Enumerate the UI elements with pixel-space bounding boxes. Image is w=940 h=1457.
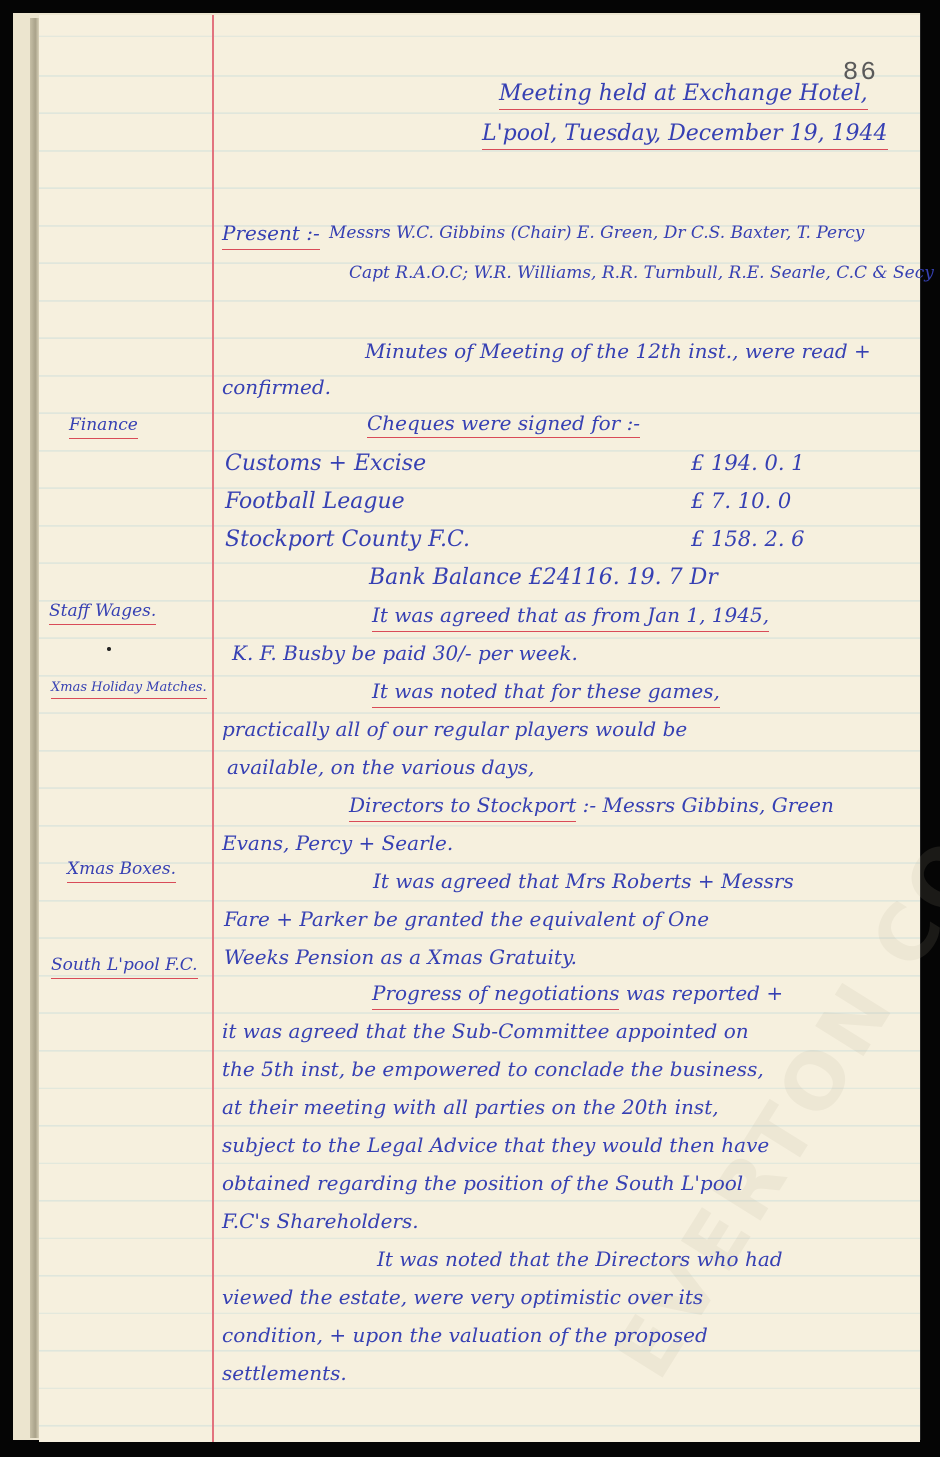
south-lpool-line-6: obtained regarding the position of the S… <box>222 1173 743 1193</box>
cheque-payee-2: Football League <box>225 491 405 513</box>
bank-balance: Bank Balance £24116. 19. 7 Dr <box>369 567 718 589</box>
south-lpool-line-5: subject to the Legal Advice that they wo… <box>222 1135 769 1155</box>
margin-note-xmas-boxes: Xmas Boxes. <box>67 861 176 883</box>
cheque-amount-3: £ 158. 2. 6 <box>691 529 805 550</box>
minutes-line-2: confirmed. <box>222 377 331 397</box>
south-lpool-line-7: F.C's Shareholders. <box>222 1211 419 1231</box>
xmas-matches-line-5: Evans, Percy + Searle. <box>222 833 453 853</box>
xmas-matches-line-1: It was noted that for these games, <box>372 681 720 701</box>
south-lpool-line-9: viewed the estate, were very optimistic … <box>222 1287 703 1307</box>
xmas-boxes-text: It was agreed that Mrs Roberts + Messrs <box>373 869 794 893</box>
cheque-payee-3: Stockport County F.C. <box>225 529 470 551</box>
margin-note-staff-wages: Staff Wages. <box>49 603 156 625</box>
minute-book-page: EVERTON COLLECTION CHARITABLE TRUST 86 M… <box>39 15 920 1442</box>
south-lpool-line-1: Progress of negotiations was reported + <box>372 983 783 1003</box>
directors-list: :- Messrs Gibbins, Green <box>583 793 834 817</box>
staff-wages-line-1: It was agreed that as from Jan 1, 1945, <box>372 605 769 625</box>
directors-to-stockport: Directors to Stockport <box>349 793 576 822</box>
progress-of-negotiations: Progress of negotiations <box>372 981 619 1010</box>
xmas-matches-text: It was noted that for these games, <box>372 679 720 708</box>
heading-line-1: Meeting held at Exchange Hotel, <box>499 83 868 110</box>
staff-wages-line-2: K. F. Busby be paid 30/- per week. <box>232 643 578 663</box>
heading-line-2: L'pool, Tuesday, December 19, 1944 <box>482 123 888 150</box>
present-block: Present :- <box>222 223 320 243</box>
present-line-1: Messrs W.C. Gibbins (Chair) E. Green, Dr… <box>329 225 864 242</box>
present-line-2: Capt R.A.O.C; W.R. Williams, R.R. Turnbu… <box>349 265 934 282</box>
xmas-boxes-line-3: Weeks Pension as a Xmas Gratuity. <box>224 947 577 967</box>
xmas-matches-line-2: practically all of our regular players w… <box>222 719 687 739</box>
cheque-amount-1: £ 194. 0. 1 <box>691 453 805 474</box>
margin-line <box>212 15 214 1442</box>
south-lpool-line-8: It was noted that the Directors who had <box>377 1249 783 1269</box>
xmas-matches-line-3: available, on the various days, <box>227 757 534 777</box>
ink-dot <box>107 647 111 651</box>
staff-wages-text: It was agreed that as from Jan 1, 1945, <box>372 603 769 632</box>
margin-note-south-lpool: South L'pool F.C. <box>51 957 198 979</box>
page-edge <box>30 18 39 1438</box>
margin-note-xmas-matches: Xmas Holiday Matches. <box>51 681 207 699</box>
south-lpool-line-11: settlements. <box>222 1363 347 1383</box>
present-label: Present :- <box>222 221 320 250</box>
minutes-text: Minutes of Meeting of the 12th inst., we… <box>365 339 871 363</box>
cheque-payee-1: Customs + Excise <box>225 453 426 475</box>
xmas-boxes-line-2: Fare + Parker be granted the equivalent … <box>224 909 709 929</box>
margin-note-finance: Finance <box>69 417 138 439</box>
cheque-amount-2: £ 7. 10. 0 <box>691 491 791 512</box>
cheques-heading: Cheques were signed for :- <box>367 413 640 438</box>
south-lpool-line-3: the 5th inst, be empowered to conclade t… <box>222 1059 764 1079</box>
xmas-matches-line-4: Directors to Stockport :- Messrs Gibbins… <box>349 795 834 815</box>
south-lpool-line-2: it was agreed that the Sub-Committee app… <box>222 1021 749 1041</box>
south-lpool-text: was reported + <box>619 981 783 1005</box>
xmas-boxes-line-1: It was agreed that Mrs Roberts + Messrs <box>373 871 794 891</box>
minutes-line-1: Minutes of Meeting of the 12th inst., we… <box>365 341 871 361</box>
south-lpool-line-10: condition, + upon the valuation of the p… <box>222 1325 708 1345</box>
south-lpool-line-4: at their meeting with all parties on the… <box>222 1097 719 1117</box>
